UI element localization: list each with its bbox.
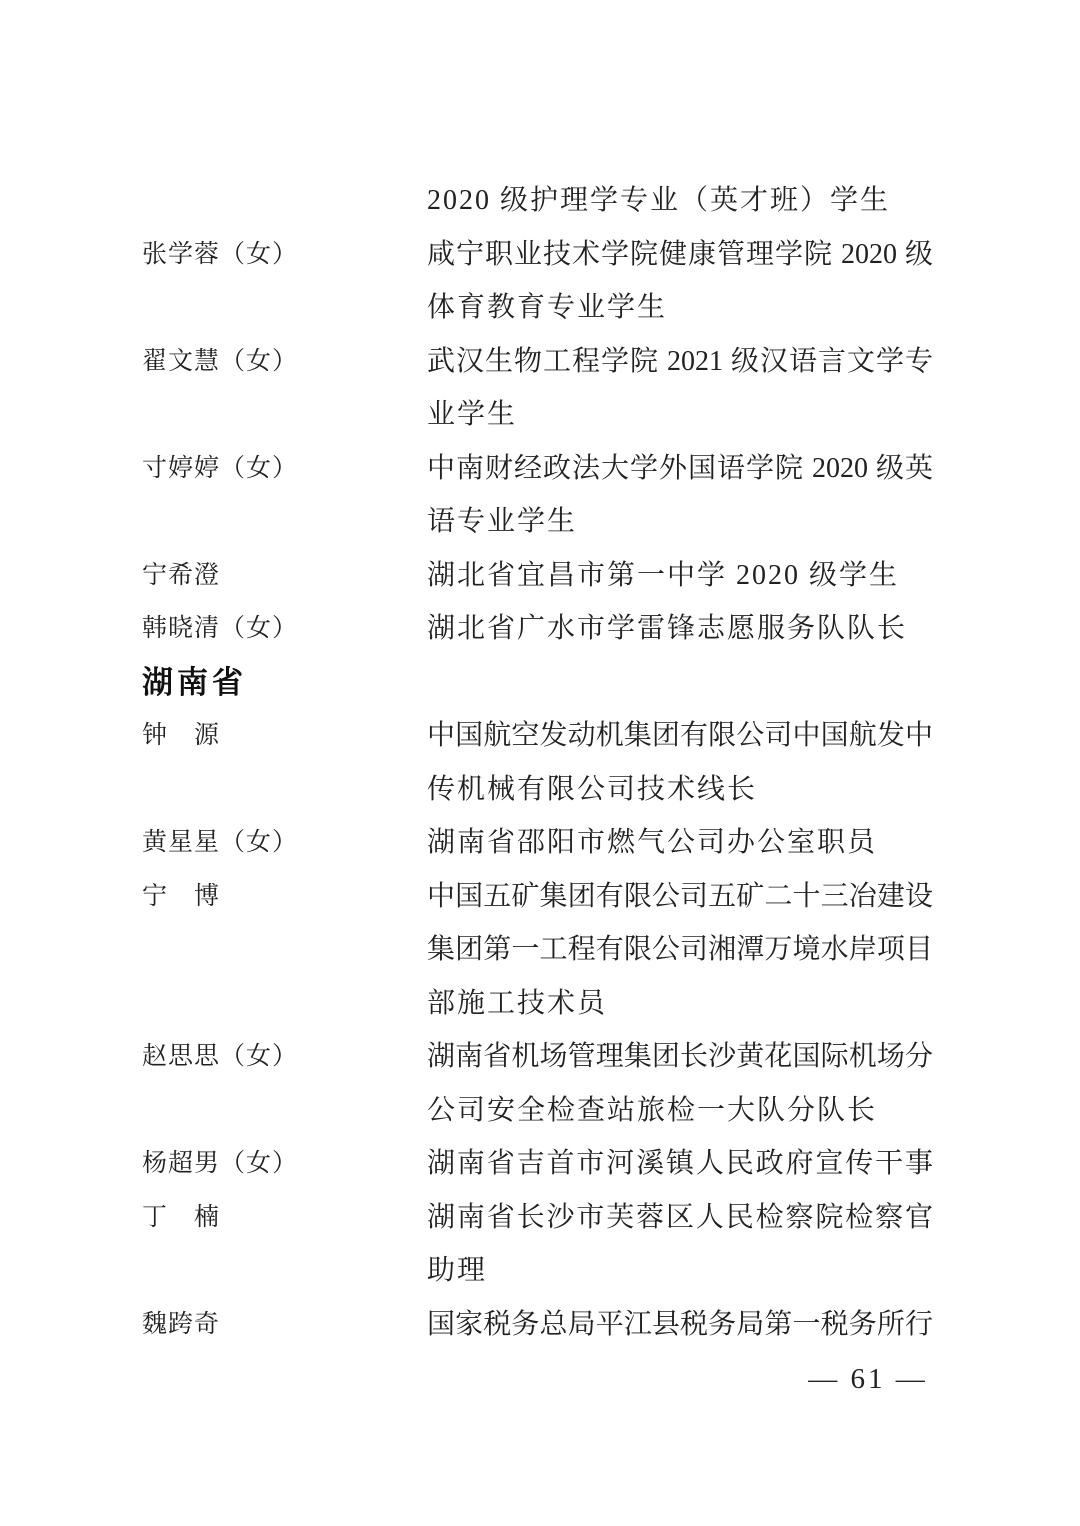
person-description: 湖南省机场管理集团长沙黄花国际机场分公司安全检查站旅检一大队分队长 [427, 1030, 933, 1137]
entry-row: 寸婷婷（女）中南财经政法大学外国语学院 2020 级英语专业学生 [142, 442, 942, 549]
entry-row: 魏跨奇国家税务总局平江县税务局第一税务所行 [142, 1298, 942, 1352]
description-line: 湖南省长沙市芙蓉区人民检察院检察官 [427, 1191, 933, 1245]
person-name: 黄星星（女） [142, 816, 298, 870]
entry-row: 韩晓清（女）湖北省广水市学雷锋志愿服务队队长 [142, 602, 942, 656]
entry-row: 丁 楠湖南省长沙市芙蓉区人民检察院检察官助理 [142, 1191, 942, 1298]
description-line: 语专业学生 [427, 495, 933, 549]
person-description: 中南财经政法大学外国语学院 2020 级英语专业学生 [427, 442, 933, 549]
person-description: 武汉生物工程学院 2021 级汉语言文学专业学生 [427, 335, 933, 442]
description-line: 助理 [427, 1244, 933, 1298]
entry-row: 宁希澄湖北省宜昌市第一中学 2020 级学生 [142, 549, 942, 603]
entry-row: 2020 级护理学专业（英才班）学生 [142, 174, 942, 228]
person-name: 钟 源 [142, 709, 220, 763]
person-description: 2020 级护理学专业（英才班）学生 [427, 174, 933, 228]
description-line: 中国航空发动机集团有限公司中国航发中 [427, 709, 933, 763]
roster-list: 2020 级护理学专业（英才班）学生张学蓉（女）咸宁职业技术学院健康管理学院 2… [142, 174, 942, 1351]
province-header: 湖南省 [142, 656, 942, 710]
description-line: 国家税务总局平江县税务局第一税务所行 [427, 1298, 933, 1352]
description-line: 传机械有限公司技术线长 [427, 763, 933, 817]
description-line: 湖南省吉首市河溪镇人民政府宣传干事 [427, 1137, 933, 1191]
entry-row: 翟文慧（女）武汉生物工程学院 2021 级汉语言文学专业学生 [142, 335, 942, 442]
description-line: 集团第一工程有限公司湘潭万境水岸项目 [427, 923, 933, 977]
person-name: 赵思思（女） [142, 1030, 298, 1084]
description-line: 中国五矿集团有限公司五矿二十三冶建设 [427, 870, 933, 924]
entry-row: 宁 博中国五矿集团有限公司五矿二十三冶建设集团第一工程有限公司湘潭万境水岸项目部… [142, 870, 942, 1031]
entry-row: 张学蓉（女）咸宁职业技术学院健康管理学院 2020 级体育教育专业学生 [142, 228, 942, 335]
entry-row: 杨超男（女）湖南省吉首市河溪镇人民政府宣传干事 [142, 1137, 942, 1191]
entry-row: 赵思思（女）湖南省机场管理集团长沙黄花国际机场分公司安全检查站旅检一大队分队长 [142, 1030, 942, 1137]
person-description: 湖南省吉首市河溪镇人民政府宣传干事 [427, 1137, 933, 1191]
person-description: 湖南省邵阳市燃气公司办公室职员 [427, 816, 933, 870]
person-name: 杨超男（女） [142, 1137, 298, 1191]
description-line: 咸宁职业技术学院健康管理学院 2020 级 [427, 228, 933, 282]
person-description: 中国五矿集团有限公司五矿二十三冶建设集团第一工程有限公司湘潭万境水岸项目部施工技… [427, 870, 933, 1031]
description-line: 公司安全检查站旅检一大队分队长 [427, 1084, 933, 1138]
entry-row: 钟 源中国航空发动机集团有限公司中国航发中传机械有限公司技术线长 [142, 709, 942, 816]
person-name: 魏跨奇 [142, 1298, 220, 1352]
person-name: 韩晓清（女） [142, 602, 298, 656]
description-line: 湖南省机场管理集团长沙黄花国际机场分 [427, 1030, 933, 1084]
person-description: 国家税务总局平江县税务局第一税务所行 [427, 1298, 933, 1352]
entry-row: 黄星星（女）湖南省邵阳市燃气公司办公室职员 [142, 816, 942, 870]
description-line: 部施工技术员 [427, 977, 933, 1031]
person-name: 张学蓉（女） [142, 228, 298, 282]
person-name: 宁 博 [142, 870, 220, 924]
description-line: 2020 级护理学专业（英才班）学生 [427, 174, 933, 228]
person-name: 寸婷婷（女） [142, 442, 298, 496]
description-line: 湖南省邵阳市燃气公司办公室职员 [427, 816, 933, 870]
document-page: 2020 级护理学专业（英才班）学生张学蓉（女）咸宁职业技术学院健康管理学院 2… [0, 0, 1080, 1526]
person-description: 咸宁职业技术学院健康管理学院 2020 级体育教育专业学生 [427, 228, 933, 335]
person-description: 湖南省长沙市芙蓉区人民检察院检察官助理 [427, 1191, 933, 1298]
person-description: 湖北省宜昌市第一中学 2020 级学生 [427, 549, 933, 603]
person-name: 丁 楠 [142, 1191, 220, 1245]
person-name: 翟文慧（女） [142, 335, 298, 389]
person-name: 宁希澄 [142, 549, 220, 603]
person-description: 湖北省广水市学雷锋志愿服务队队长 [427, 602, 933, 656]
description-line: 湖北省广水市学雷锋志愿服务队队长 [427, 602, 933, 656]
description-line: 中南财经政法大学外国语学院 2020 级英 [427, 442, 933, 496]
description-line: 体育教育专业学生 [427, 281, 933, 335]
person-description: 中国航空发动机集团有限公司中国航发中传机械有限公司技术线长 [427, 709, 933, 816]
description-line: 湖北省宜昌市第一中学 2020 级学生 [427, 549, 933, 603]
description-line: 业学生 [427, 388, 933, 442]
page-number: — 61 — [788, 1363, 948, 1396]
description-line: 武汉生物工程学院 2021 级汉语言文学专 [427, 335, 933, 389]
